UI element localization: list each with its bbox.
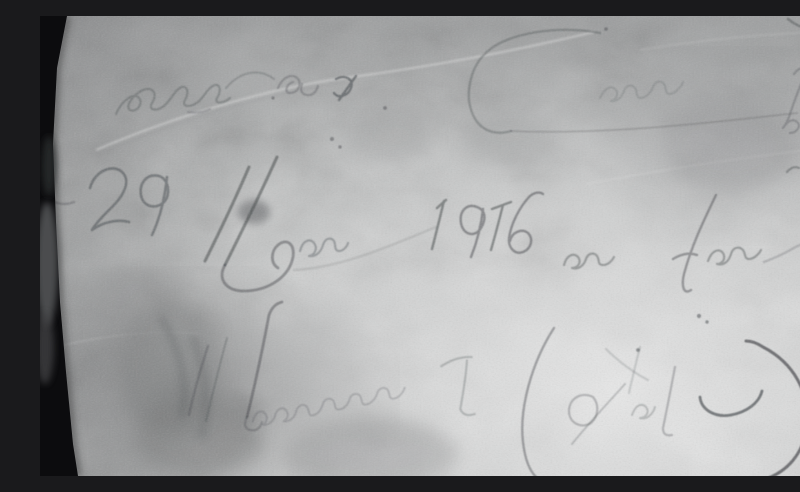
film-grain (40, 16, 800, 476)
photo-of-handwritten-note: (illegible) aux C(illegible)… 29 Mai 191… (40, 16, 800, 476)
photo-canvas (40, 16, 800, 476)
